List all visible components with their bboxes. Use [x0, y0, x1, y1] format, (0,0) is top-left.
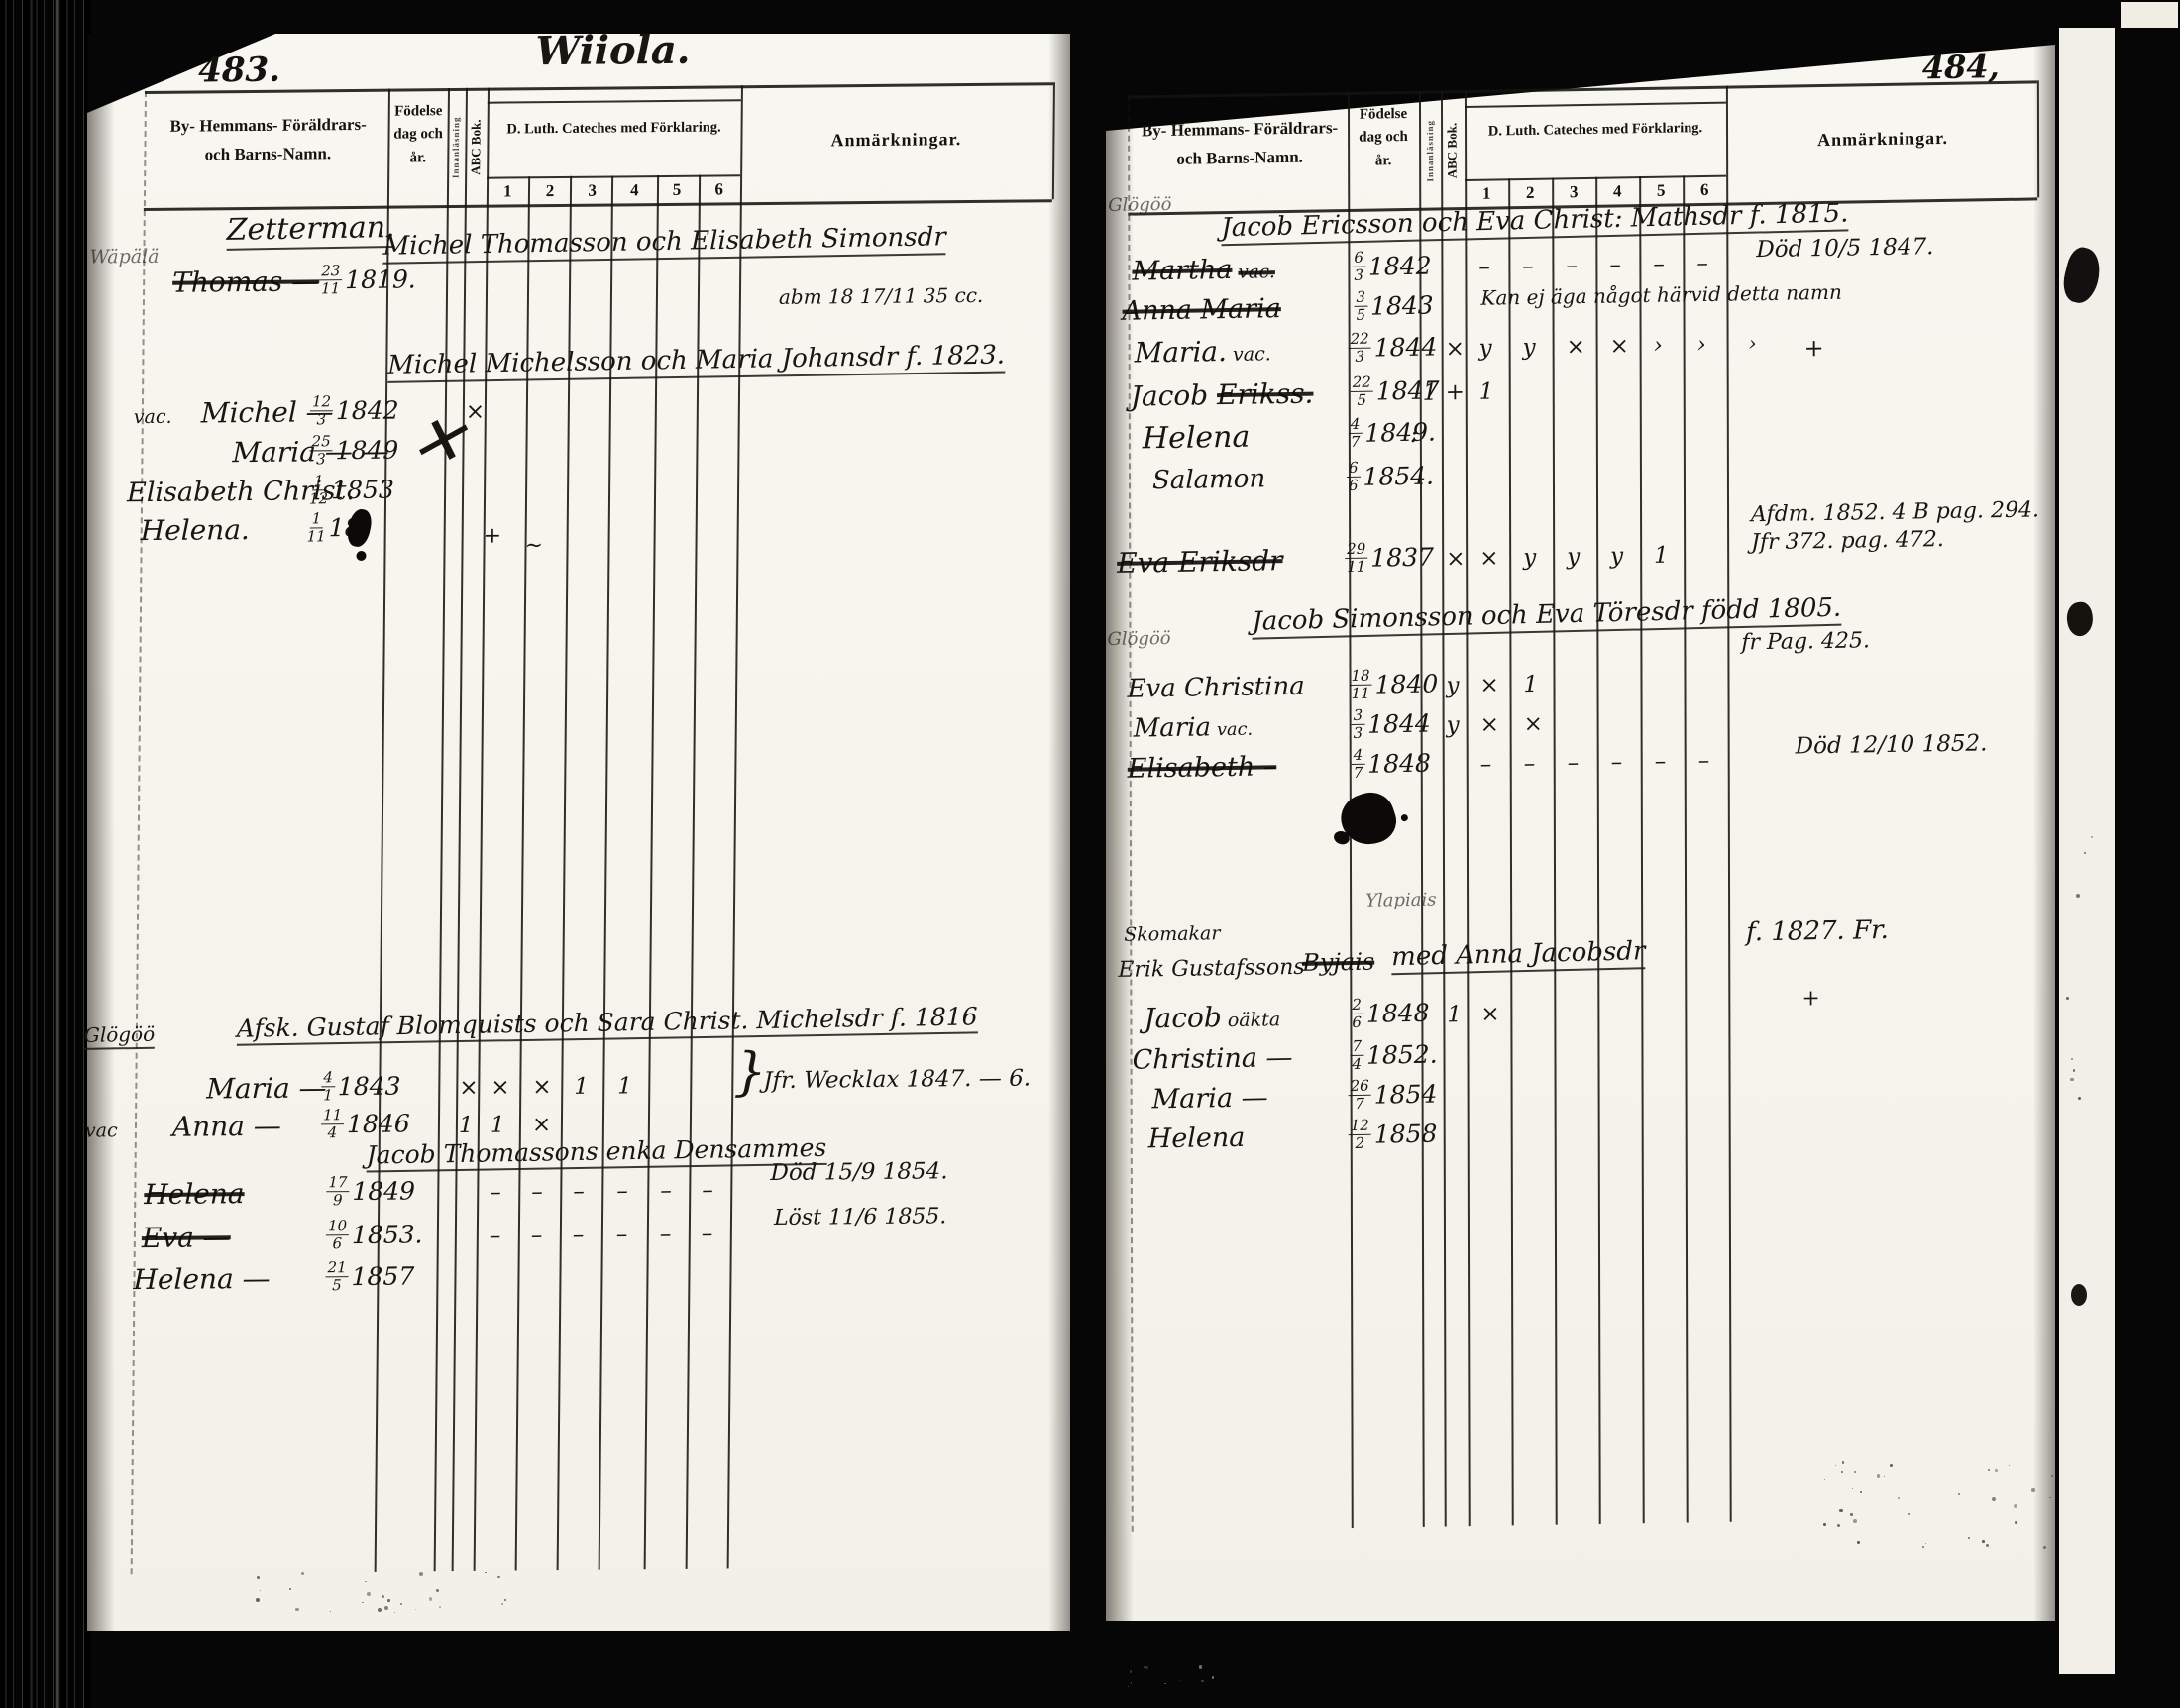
catechism-mark: ×: [1479, 547, 1498, 570]
column-header-cateches: D. Luth. Cateches med Förklaring.: [1468, 120, 1723, 141]
scan-speckle: [1853, 1519, 1857, 1523]
birth-day-month: 33: [1352, 708, 1365, 741]
scan-speckle: [1180, 1680, 1182, 1682]
birth-year: 1854.: [1362, 464, 1434, 489]
handwritten-mark: ✕: [405, 405, 469, 477]
catechism-mark: –: [1566, 255, 1578, 277]
struck-word: Byjais: [1302, 950, 1374, 975]
catechism-mark: –: [1522, 256, 1534, 278]
person-row: Elisabeth –: [1128, 753, 1277, 782]
birth-year: 1852.: [1366, 1042, 1438, 1068]
birth-day-month: 26: [1350, 998, 1363, 1030]
catechism-mark: ×: [1567, 336, 1585, 359]
next-page-edge: [2059, 28, 2115, 1674]
birth-year: 1846: [347, 1111, 410, 1136]
name-suffix: vac.: [1238, 262, 1274, 283]
cateches-col-4: 4: [613, 177, 656, 200]
birth-date: 1141846: [321, 1107, 410, 1140]
person-name: Helena: [1148, 1122, 1246, 1155]
scan-speckle: [1841, 1471, 1843, 1473]
handwritten-mark: +: [1804, 336, 1824, 360]
scan-speckle: [2070, 1078, 2074, 1082]
birth-day-month: 111: [307, 511, 326, 544]
person-row: Maria —: [1152, 1084, 1268, 1113]
catechism-mark: ×: [1446, 338, 1465, 361]
birth-year: 1843: [338, 1074, 401, 1100]
birth-date: 2151857: [325, 1259, 414, 1293]
scan-speckle: [1839, 1509, 1843, 1513]
birth-day-month: 106: [326, 1219, 349, 1251]
person-row: Helena: [1143, 423, 1251, 455]
birth-year: 1848: [1367, 751, 1431, 777]
catechism-mark: –: [1609, 254, 1621, 276]
rule-line: [1441, 90, 1447, 1526]
catechism-mark: –: [531, 1181, 543, 1204]
catechism-mark: y: [1610, 545, 1623, 568]
catechism-mark: –: [1611, 751, 1623, 774]
scan-speckle: [2031, 1488, 2034, 1491]
birth-year: 1853.: [352, 1222, 423, 1247]
scan-speckle: [2009, 1465, 2010, 1466]
birth-day-month: 2911: [1345, 542, 1367, 575]
catechism-mark: –: [1655, 751, 1667, 774]
person-name: Maria —: [206, 1071, 327, 1105]
rule-line: [2037, 80, 2039, 197]
border-line: [488, 99, 741, 103]
scan-speckle: [2043, 1546, 2047, 1549]
birth-day-month: 253: [309, 434, 332, 467]
birth-year: 1854: [1374, 1082, 1438, 1108]
column-header-abc-book: ABC Bok.: [1442, 94, 1463, 207]
person-name: Thomas —: [172, 265, 319, 298]
birth-day-month: 225: [1351, 375, 1373, 408]
catechism-mark: ×: [1446, 548, 1465, 571]
name-suffix: oäkta: [1228, 1009, 1280, 1031]
catechism-mark: 1: [617, 1075, 632, 1098]
remark-note: Död 12/10 1852.: [1796, 729, 1988, 761]
scan-speckle: [1982, 1540, 1985, 1543]
rule-line: [1683, 175, 1689, 1522]
cateches-col-4: 4: [1595, 178, 1639, 202]
catechism-mark: –: [616, 1224, 628, 1246]
column-header-cateches: D. Luth. Cateches med Förklaring.: [490, 119, 738, 138]
remark-note: Död 10/5 1847.: [1756, 233, 1933, 265]
scan-speckle: [1884, 1476, 1885, 1477]
catechism-mark: ×: [490, 1077, 510, 1100]
birth-date: 2231844: [1349, 330, 1438, 364]
birth-day-month: 47: [1352, 748, 1365, 781]
margin-note: Glögöö: [1107, 630, 1170, 649]
person-name: Anna —: [172, 1110, 281, 1143]
person-name: Helena: [1143, 420, 1251, 457]
name-suffix: vac.: [1217, 720, 1253, 741]
person-row: Anna Maria: [1123, 295, 1281, 325]
person-row: Anna —: [172, 1113, 281, 1141]
person-name: Maria: [1134, 712, 1211, 743]
catechism-mark: –: [660, 1180, 672, 1203]
handwritten-mark: ›: [1749, 333, 1757, 353]
rule-line: [1052, 82, 1055, 199]
birth-day-month: 1811: [1349, 669, 1371, 701]
catechism-mark: ×: [532, 1114, 552, 1136]
cateches-col-5: 5: [1639, 177, 1683, 201]
birth-date: 18111840: [1349, 668, 1438, 701]
birth-year: 1858: [1374, 1121, 1438, 1147]
person-row: Helena: [1148, 1124, 1246, 1153]
column-header-names: By- Hemmans- Föräldrars-och Barns-Namn.: [1134, 114, 1346, 174]
birth-year: 1837: [1370, 545, 1434, 571]
birth-year: 1853: [331, 478, 394, 503]
margin-note: Glögöö: [1108, 196, 1171, 215]
birth-day-month: 122: [1349, 1119, 1371, 1151]
catechism-mark: –: [702, 1224, 713, 1246]
person-name: Martha: [1132, 255, 1232, 287]
scan-speckle: [2091, 836, 2093, 838]
scan-speckle: [1890, 1464, 1893, 1467]
birth-day-month: 63: [1352, 251, 1365, 283]
catechism-mark: y: [1523, 337, 1536, 360]
catechism-mark: –: [660, 1224, 672, 1246]
person-row: Eva Christina: [1128, 674, 1305, 702]
scan-speckle: [256, 1598, 260, 1602]
scan-speckle: [387, 1599, 389, 1601]
birth-date: 331844: [1352, 707, 1431, 741]
birth-year: 1843: [1370, 293, 1434, 319]
birth-date: 471849.: [1349, 416, 1436, 450]
margin-note: Wäpälä: [89, 248, 159, 267]
handwritten-mark: +: [484, 526, 502, 548]
catechism-mark: 1: [1479, 381, 1494, 404]
scan-speckle: [295, 1608, 299, 1612]
left-page: 483. Wiiola. By- Hemmans- Föräldrars-och…: [87, 34, 1070, 1631]
catechism-mark: 1: [1523, 674, 1538, 696]
parish-title: Wiiola.: [535, 31, 691, 72]
person-name: Elisabeth –: [1128, 751, 1277, 784]
person-row: Maria.vac.: [1135, 337, 1271, 367]
birth-date: 1061853.: [326, 1218, 423, 1251]
right-page: 484, By- Hemmans- Föräldrars-och Barns-N…: [1106, 40, 2055, 1621]
scan-speckle: [2076, 894, 2080, 898]
column-header-remarks: Anmärkningar.: [1730, 126, 2035, 152]
scan-speckle: [2084, 852, 2086, 854]
scan-speckle: [1958, 1493, 1959, 1494]
birth-date: 1221858: [1349, 1118, 1438, 1151]
ink-blot: [2065, 600, 2095, 637]
person-name: Maria.: [1135, 335, 1227, 370]
birth-year: 1844: [1374, 334, 1438, 360]
birth-day-month: 74: [1350, 1039, 1363, 1072]
person-name: Helena.: [141, 513, 250, 547]
cateches-col-2: 2: [1508, 180, 1552, 204]
border-line: [1465, 102, 1726, 108]
catechism-mark: ×: [1480, 1004, 1499, 1026]
rule-line: [1465, 90, 1471, 1526]
remark-note: Löst 11/6 1855.: [774, 1203, 947, 1231]
catechism-mark: –: [490, 1226, 501, 1248]
handwritten-mark: :: [1410, 422, 1418, 446]
birth-date: 411843: [321, 1070, 400, 1104]
handwritten-mark: +: [1801, 988, 1819, 1010]
birth-day-month: 47: [1349, 417, 1362, 450]
family-header: med Anna Jacobsdr: [1391, 938, 1645, 975]
rule-line: [474, 88, 490, 1571]
catechism-mark: ×: [532, 1076, 552, 1099]
scan-speckle: [419, 1572, 423, 1576]
birth-year: 1849: [335, 438, 398, 464]
rule-line: [434, 88, 450, 1571]
birth-date: 1231842: [310, 394, 399, 428]
catechism-mark: ×: [459, 1077, 479, 1100]
person-row: Eva —: [142, 1224, 231, 1252]
birth-day-month: 35: [1354, 290, 1367, 323]
margin-note: Glögöö: [84, 1024, 155, 1050]
rule-line: [515, 176, 531, 1570]
person-row: Mariavac.: [1134, 714, 1253, 742]
person-name: Jacob: [1144, 1001, 1221, 1034]
scan-speckle: [429, 1597, 432, 1600]
scan-speckle: [301, 1572, 304, 1575]
catechism-mark: –: [1480, 754, 1492, 777]
ink-blot: [1401, 814, 1408, 821]
rule-line: [1508, 178, 1514, 1525]
scan-speckle: [1986, 1544, 1988, 1546]
name-suffix: vac.: [1233, 343, 1271, 366]
remark-note: Kan ej äga något härvid detta namn: [1480, 280, 1841, 311]
scan-speckle: [1992, 1497, 1996, 1501]
person-row: Thomas —: [172, 267, 319, 296]
birth-year: 1842: [1368, 254, 1432, 279]
brace-mark: }: [733, 1046, 767, 1098]
catechism-mark: –: [573, 1225, 585, 1247]
scan-speckle: [485, 1572, 486, 1573]
rule-line: [727, 85, 743, 1568]
scan-speckle: [1128, 1686, 1129, 1687]
birth-year: 1842: [336, 398, 399, 424]
cateches-col-1: 1: [1465, 180, 1508, 204]
person-name: Helena —: [133, 1262, 270, 1296]
birth-day-month: 41: [321, 1070, 335, 1103]
person-name: Helena: [144, 1177, 245, 1211]
catechism-mark: 1: [1654, 545, 1669, 568]
scan-speckle: [289, 1588, 291, 1590]
family-header: Michel Michelsson och Maria Johansdr f. …: [387, 343, 1005, 383]
catechism-mark: y: [1523, 547, 1536, 570]
scan-speckle: [1837, 1524, 1840, 1527]
cateches-col-1: 1: [487, 178, 529, 201]
catechism-mark: –: [1524, 753, 1536, 776]
catechism-mark: ×: [1479, 674, 1498, 696]
rule-line: [1639, 176, 1645, 1523]
ink-blot: [356, 551, 366, 561]
cateches-col-6: 6: [1683, 177, 1726, 201]
scan-speckle: [2066, 997, 2068, 999]
birth-date: 471848: [1352, 747, 1431, 781]
catechism-mark: –: [616, 1180, 628, 1203]
catechism-mark: ×: [1610, 335, 1629, 358]
scan-speckle: [1212, 1676, 1214, 1678]
birth-year: 1844: [1367, 711, 1431, 737]
scan-speckle: [365, 1581, 366, 1582]
rule-line: [599, 175, 614, 1569]
family-header: Afsk. Gustaf Blomquists och Sara Christ.…: [237, 1004, 978, 1045]
catechism-mark: 1: [1423, 381, 1438, 404]
rule-line: [644, 175, 660, 1569]
remark-note: fr Pag. 425.: [1741, 630, 1870, 654]
scan-speckle: [1201, 1680, 1204, 1683]
scanned-register-page: 483. Wiiola. By- Hemmans- Föräldrars-och…: [0, 0, 2180, 1708]
catechism-mark: –: [1696, 253, 1708, 275]
scan-speckle: [1199, 1665, 1203, 1669]
birth-date: 741852.: [1350, 1038, 1437, 1072]
catechism-mark: ×: [1480, 713, 1499, 736]
person-row: Helena.: [141, 516, 250, 545]
person-name: Eva Eriksdr: [1117, 544, 1282, 580]
birth-day-month: 223: [1349, 332, 1371, 365]
catechism-mark: –: [702, 1180, 713, 1203]
scan-speckle: [1130, 1670, 1132, 1672]
scan-speckle: [257, 1576, 260, 1579]
person-name: Eva —: [142, 1221, 231, 1254]
ink-blot: [2059, 245, 2106, 307]
catechism-mark: 1: [574, 1076, 589, 1099]
scan-speckle: [1922, 1546, 1923, 1547]
birth-year: 1840: [1375, 672, 1439, 697]
catechism-mark: –: [1478, 257, 1490, 279]
border-line: [145, 82, 1053, 94]
person-row: Salamon: [1152, 466, 1265, 493]
family-header: Jacob Thomassons enka Densammes: [367, 1135, 827, 1173]
birth-date: 1121853: [309, 474, 394, 507]
rule-line: [686, 175, 702, 1569]
catechism-mark: +: [1446, 381, 1465, 404]
margin-note: Skomakar: [1124, 924, 1220, 945]
birth-day-month: 66: [1347, 461, 1361, 493]
person-row: Helena: [144, 1180, 245, 1209]
person-row: Marthavac.: [1132, 256, 1274, 284]
faint-note: Ylapiais: [1365, 892, 1436, 910]
birth-day-month: 215: [325, 1260, 348, 1293]
rule-line: [131, 91, 147, 1574]
birth-date: 29111837: [1345, 541, 1434, 575]
person-name: Maria —: [1152, 1082, 1268, 1115]
person-patronymic: Erikss.: [1217, 377, 1313, 412]
catechism-mark: y: [1446, 675, 1459, 697]
birth-year: 1849.: [1364, 420, 1436, 446]
birth-day-month: 123: [310, 394, 333, 427]
column-header-abc-book: ABC Bok.: [466, 92, 487, 203]
person-row: Jacoboäkta: [1144, 1003, 1280, 1032]
column-header-names: By- Hemmans- Föräldrars-och Barns-Namn.: [150, 111, 386, 170]
remark-note: f. 1827. Fr.: [1746, 917, 1889, 945]
birth-year: 1819.: [345, 267, 416, 292]
scan-speckle: [2073, 1069, 2075, 1071]
family-header: Jacob Ericsson och Eva Christ: Mathsdr f…: [1221, 200, 1848, 246]
birth-day-month: 2311: [319, 264, 342, 296]
birth-date: 1791849: [326, 1174, 415, 1208]
rule-line: [375, 89, 390, 1572]
birth-date: 261848: [1350, 997, 1429, 1030]
catechism-mark: 1: [459, 1115, 474, 1137]
scan-speckle: [1164, 1683, 1165, 1684]
cateches-col-2: 2: [529, 178, 572, 201]
catechism-mark: –: [573, 1181, 585, 1204]
cateches-col-3: 3: [1552, 179, 1595, 203]
catechism-mark: ×: [1524, 713, 1543, 736]
remark-note: Afdm. 1852. 4 B pag. 294.Jfr 372. pag. 4…: [1751, 496, 2039, 556]
catechism-mark: ›: [1654, 335, 1663, 358]
birth-date: 661854.: [1347, 460, 1434, 493]
scan-speckle: [1131, 1682, 1133, 1684]
catechism-mark: –: [490, 1182, 501, 1205]
scan-speckle: [1995, 1469, 1998, 1472]
birth-day-month: 112: [309, 474, 328, 506]
vaccination-note: vac.: [134, 408, 172, 427]
person-row: Helena —: [133, 1265, 270, 1294]
birth-day-month: 179: [326, 1175, 349, 1208]
catechism-mark: y: [1447, 714, 1460, 737]
scan-speckle: [384, 1606, 388, 1610]
catechism-mark: ›: [1697, 334, 1706, 357]
catechism-mark: –: [1698, 750, 1710, 773]
birth-year: 1848: [1366, 1001, 1430, 1026]
rule-line: [452, 88, 468, 1571]
scan-speckle: [1145, 1666, 1148, 1669]
scan-speckle: [501, 1603, 503, 1605]
catechism-mark: 1: [1447, 1004, 1462, 1026]
ink-blot: [2071, 1284, 2087, 1306]
catechism-mark: –: [1568, 752, 1580, 775]
person-name: Jacob: [1131, 378, 1217, 412]
cateches-col-3: 3: [571, 177, 613, 200]
scan-speckle: [1823, 1523, 1826, 1526]
birth-date: 2671854: [1349, 1078, 1438, 1112]
section-heading: Zetterman.: [227, 213, 395, 251]
person-row: Eva Eriksdr: [1117, 547, 1282, 578]
border-line: [144, 199, 1052, 211]
column-header-birth: Födelsedag ochår.: [390, 100, 446, 169]
scan-speckle: [1824, 1479, 1825, 1480]
page-number: 483.: [198, 51, 280, 91]
border-line: [1128, 80, 2037, 98]
scan-corner-artifact: [2121, 2, 2178, 28]
rule-line: [1595, 177, 1601, 1524]
remark-note: Död 15/9 1854.: [770, 1157, 947, 1187]
birth-date: 23111819.: [319, 263, 416, 296]
person-row: Jacob Erikss.: [1131, 380, 1314, 411]
cateches-col-5: 5: [656, 177, 699, 200]
person-name: Salamon: [1152, 464, 1265, 495]
column-header-remarks: Anmärkningar.: [742, 128, 1049, 152]
cateches-col-6: 6: [698, 176, 740, 199]
person-name: Anna Maria: [1123, 293, 1281, 327]
scan-speckle: [2014, 1504, 2017, 1508]
birth-date: 2531849: [309, 434, 398, 468]
family-header: Michel Thomasson och Elisabeth Simonsdr: [382, 224, 945, 264]
scan-speckle: [2051, 1475, 2053, 1477]
remark-note: abm 18 17/11 35 cc.: [779, 285, 984, 307]
remark-note: Jfr. Wecklax 1847. — 6.: [763, 1067, 1031, 1093]
handwritten-mark: ~: [524, 535, 543, 557]
person-row: Maria —: [206, 1074, 327, 1103]
rule-line: [1552, 178, 1558, 1525]
birth-date: 351843: [1354, 289, 1433, 323]
birth-day-month: 267: [1349, 1079, 1371, 1112]
scan-speckle: [2071, 1058, 2073, 1060]
column-header-birth: Födelsedag ochår.: [1351, 103, 1416, 173]
birth-year: 1849: [352, 1178, 415, 1204]
birth-date: 631842: [1352, 250, 1431, 283]
vaccination-note: vac: [85, 1121, 118, 1140]
